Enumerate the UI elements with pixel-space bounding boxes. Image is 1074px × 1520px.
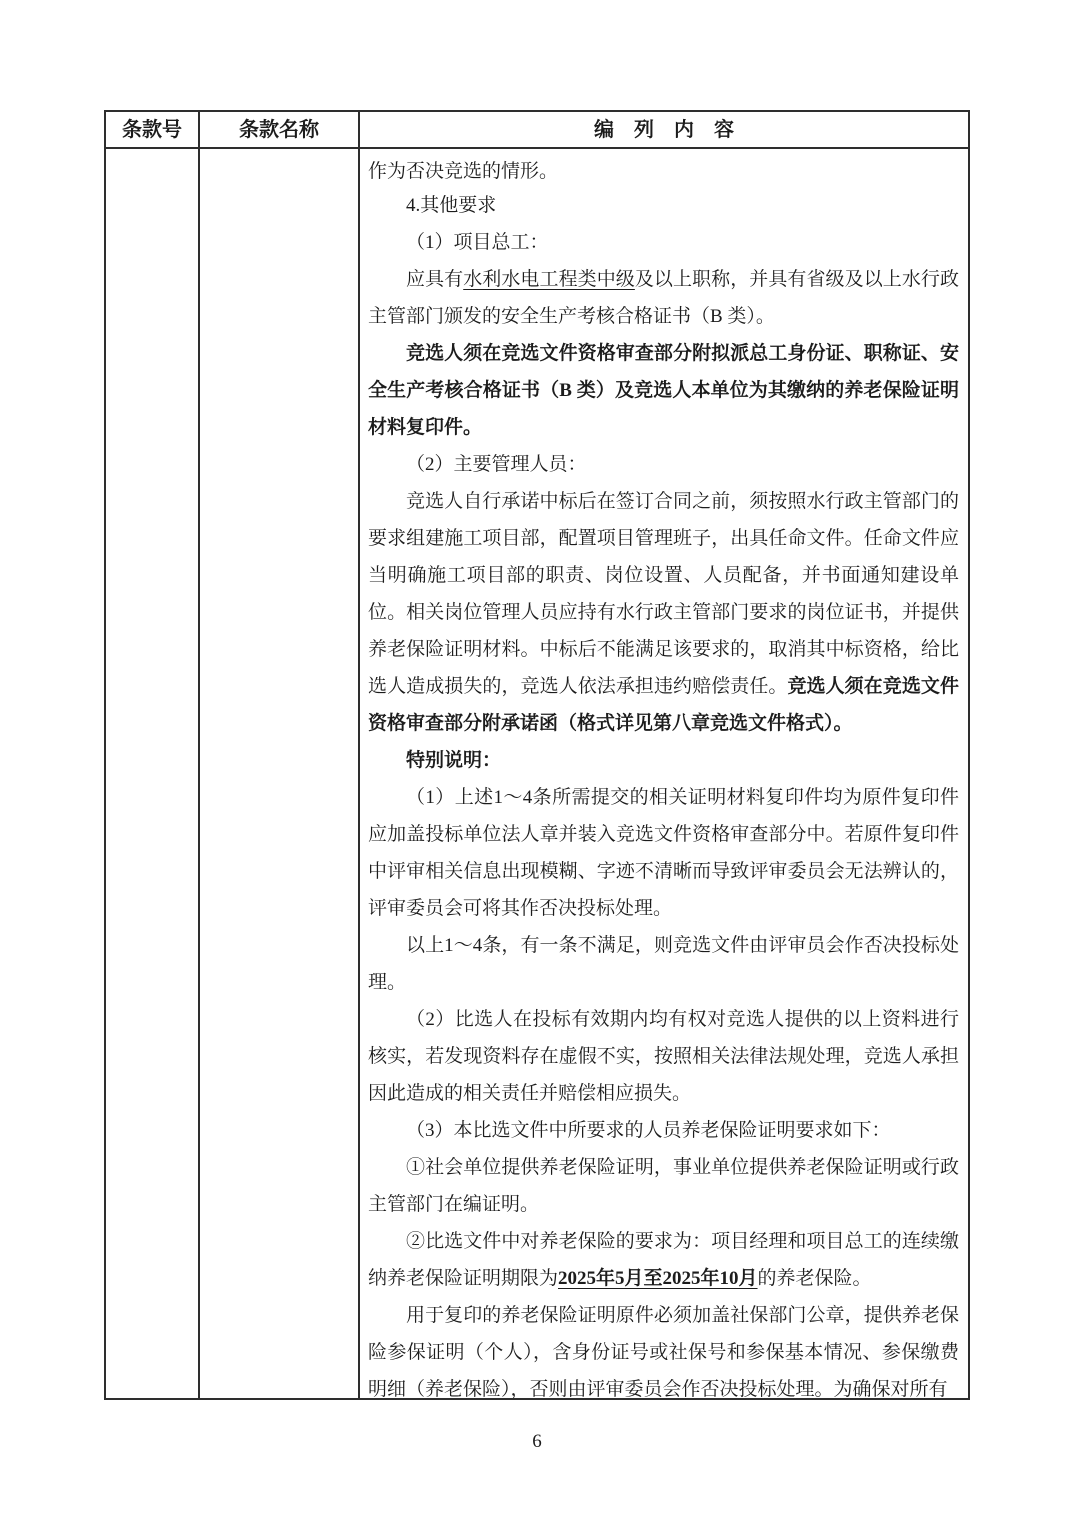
header-cell-clause-number: 条款号 [106, 112, 200, 147]
paragraph: 以上1～4条，有一条不满足，则竞选文件由评审员会作否决投标处理。 [368, 927, 959, 1001]
paragraph: 用于复印的养老保险证明原件必须加盖社保部门公章，提供养老保险参保证明（个人），含… [368, 1297, 959, 1398]
emphasis-text: 特别说明： [406, 750, 501, 771]
emphasis-text: 2025年5月至2025年10月 [558, 1268, 758, 1289]
text-segment: 以上1～4条，有一条不满足，则竞选文件由评审员会作否决投标处理。 [368, 935, 959, 993]
page-number: 6 [104, 1431, 970, 1453]
text-segment: （1）上述1～4条所需提交的相关证明材料复印件均为原件复印件应加盖投标单位法人章… [368, 787, 959, 919]
paragraph: 作为否决竞选的情形。 [368, 157, 959, 187]
text-segment: 应具有 [406, 269, 463, 290]
paragraph: 竞选人自行承诺中标后在签订合同之前，须按照水行政主管部门的要求组建施工项目部，配… [368, 483, 959, 742]
text-segment: 用于复印的养老保险证明原件必须加盖社保部门公章，提供养老保险参保证明（个人），含… [368, 1305, 959, 1398]
cell-content: 作为否决竞选的情形。4.其他要求（1）项目总工：应具有水利水电工程类中级及以上职… [360, 149, 968, 1398]
paragraph: 特别说明： [368, 742, 959, 779]
header-cell-content: 编 列 内 容 [360, 112, 968, 147]
text-segment: 的养老保险。 [758, 1268, 872, 1289]
text-segment: （2）主要管理人员： [406, 454, 587, 475]
document-page: 条款号 条款名称 编 列 内 容 作为否决竞选的情形。4.其他要求（1）项目总工… [0, 0, 1074, 1520]
paragraph: （1）项目总工： [368, 224, 959, 261]
table-body-row: 作为否决竞选的情形。4.其他要求（1）项目总工：应具有水利水电工程类中级及以上职… [106, 149, 968, 1398]
header-cell-clause-name: 条款名称 [200, 112, 360, 147]
paragraph: 竞选人须在竞选文件资格审查部分附拟派总工身份证、职称证、安全生产考核合格证书（B… [368, 335, 959, 446]
table-header-row: 条款号 条款名称 编 列 内 容 [106, 112, 968, 149]
cell-clause-number [106, 149, 200, 1398]
paragraph: （3）本比选文件中所要求的人员养老保险证明要求如下： [368, 1112, 959, 1149]
paragraph: 4.其他要求 [368, 187, 959, 224]
clause-table: 条款号 条款名称 编 列 内 容 作为否决竞选的情形。4.其他要求（1）项目总工… [104, 110, 970, 1400]
text-segment: 4.其他要求 [406, 195, 496, 216]
paragraph: ①社会单位提供养老保险证明，事业单位提供养老保险证明或行政主管部门在编证明。 [368, 1149, 959, 1223]
paragraph: （2）主要管理人员： [368, 446, 959, 483]
paragraph: （1）上述1～4条所需提交的相关证明材料复印件均为原件复印件应加盖投标单位法人章… [368, 779, 959, 927]
paragraph: ②比选文件中对养老保险的要求为：项目经理和项目总工的连续缴纳养老保险证明期限为2… [368, 1223, 959, 1297]
text-segment: （3）本比选文件中所要求的人员养老保险证明要求如下： [406, 1120, 891, 1141]
paragraph: 应具有水利水电工程类中级及以上职称，并具有省级及以上水行政主管部门颁发的安全生产… [368, 261, 959, 335]
text-segment: 作为否决竞选的情形。 [368, 161, 558, 182]
emphasis-text: 水利水电工程类中级 [463, 269, 635, 290]
text-segment: （2）比选人在投标有效期内均有权对竞选人提供的以上资料进行核实，若发现资料存在虚… [368, 1009, 959, 1104]
paragraph: （2）比选人在投标有效期内均有权对竞选人提供的以上资料进行核实，若发现资料存在虚… [368, 1001, 959, 1112]
text-segment: 竞选人自行承诺中标后在签订合同之前，须按照水行政主管部门的要求组建施工项目部，配… [368, 491, 959, 697]
text-segment: （1）项目总工： [406, 232, 549, 253]
content-paragraphs: 作为否决竞选的情形。4.其他要求（1）项目总工：应具有水利水电工程类中级及以上职… [368, 157, 959, 1398]
cell-clause-name [200, 149, 360, 1398]
emphasis-text: 竞选人须在竞选文件资格审查部分附拟派总工身份证、职称证、安全生产考核合格证书（B… [368, 343, 959, 438]
text-segment: ①社会单位提供养老保险证明，事业单位提供养老保险证明或行政主管部门在编证明。 [368, 1157, 959, 1215]
